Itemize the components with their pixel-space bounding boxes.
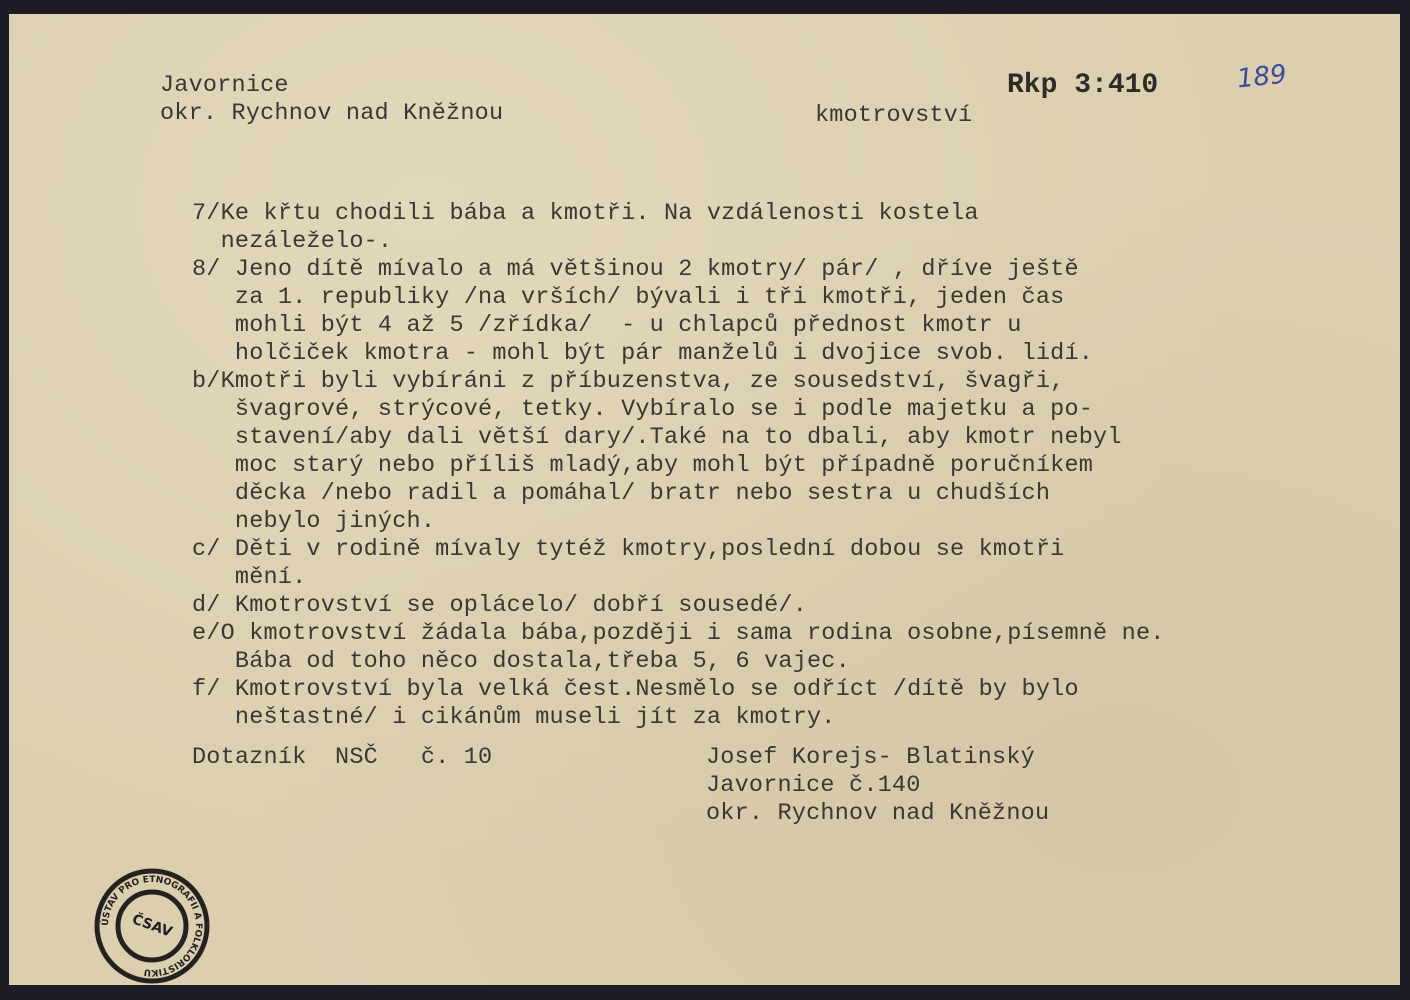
body-line: holčiček kmotra - mohl být pár manželů i… — [192, 340, 1093, 368]
body-line: za 1. republiky /na vrších/ bývali i tři… — [192, 284, 1064, 312]
body-line: c/ Děti v rodině mívaly tytéž kmotry,pos… — [192, 536, 1064, 564]
signature-ref: Rkp 3:410 — [1007, 72, 1158, 100]
body-line: mění. — [192, 564, 306, 592]
header-district: okr. Rychnov nad Kněžnou — [160, 100, 503, 128]
body-line: mohli být 4 až 5 /zřídka/ - u chlapců př… — [192, 312, 1022, 340]
body-line: f/ Kmotrovství byla velká čest.Nesmělo s… — [192, 676, 1079, 704]
body-line: d/ Kmotrovství se oplácelo/ dobří soused… — [192, 592, 807, 620]
body-line: moc starý nebo příliš mladý,aby mohl být… — [192, 452, 1093, 480]
author-district: okr. Rychnov nad Kněžnou — [706, 800, 1049, 828]
body-line: Bába od toho něco dostala,třeba 5, 6 vaj… — [192, 648, 850, 676]
author-address: Javornice č.140 — [706, 772, 921, 800]
header-place: Javornice — [160, 72, 289, 100]
body-line: nebylo jiných. — [192, 508, 435, 536]
archive-card: Javornice okr. Rychnov nad Kněžnou Rkp 3… — [9, 14, 1400, 985]
institution-stamp-icon: ÚSTAV PRO ETNOGRAFII A FOLKLORISTIKU ČSA… — [89, 866, 215, 986]
body-line: 8/ Jeno dítě mívalo a má většinou 2 kmot… — [192, 256, 1079, 284]
stamp-center-text: ČSAV — [130, 910, 175, 941]
body-line: e/O kmotrovství žádala bába,později i sa… — [192, 620, 1165, 648]
handwritten-page-number: 189 — [1236, 59, 1289, 94]
body-line: děcka /nebo radil a pomáhal/ bratr nebo … — [192, 480, 1050, 508]
body-line: švagrové, strýcové, tetky. Vybíralo se i… — [192, 396, 1093, 424]
topic-label: kmotrovství — [815, 102, 972, 130]
body-line: nezáleželo-. — [192, 228, 392, 256]
body-line: neštastné/ i cikánům museli jít za kmotr… — [192, 704, 836, 732]
body-line: b/Kmotři byli vybíráni z příbuzenstva, z… — [192, 368, 1064, 396]
questionnaire-ref: Dotazník NSČ č. 10 — [192, 744, 492, 772]
body-line: stavení/aby dali větší dary/.Také na to … — [192, 424, 1122, 452]
body-line: 7/Ke křtu chodili bába a kmotři. Na vzdá… — [192, 200, 979, 228]
author-name: Josef Korejs- Blatinský — [706, 744, 1035, 772]
